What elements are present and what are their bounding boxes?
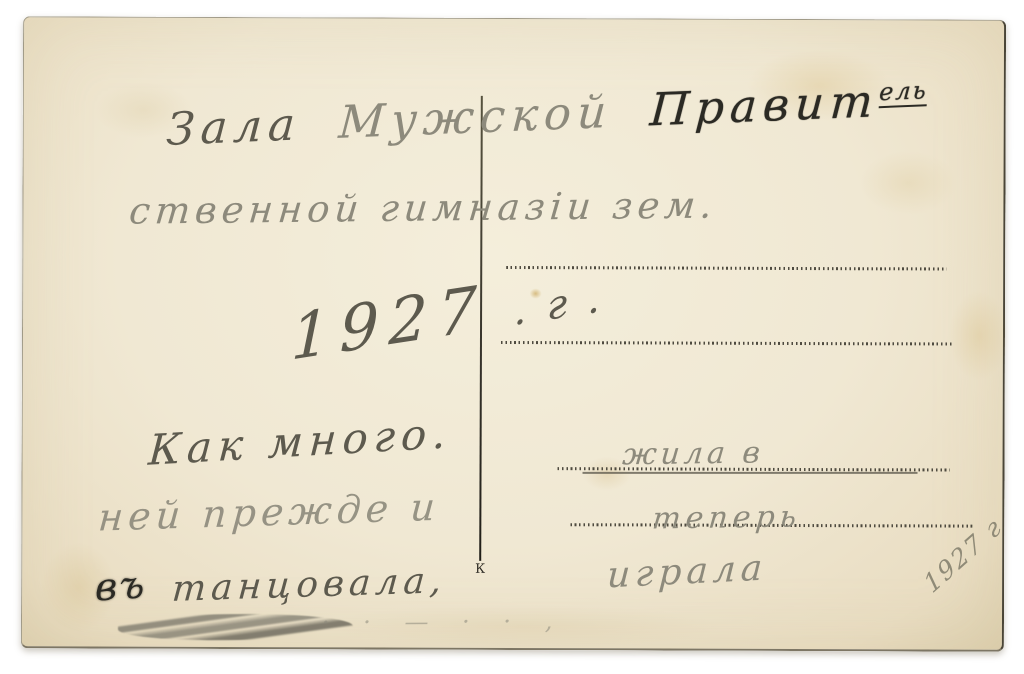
handwriting-line-5-right: теперь [651,499,803,536]
scan-background: К Зала Мужской Правитель ственной гимназ… [0,0,1024,674]
handwriting-line-6-prefix: въ [95,562,147,610]
handwriting-line-1: Зала Мужской Правитель [165,72,929,156]
handwriting-year-suffix: . г . [513,275,604,336]
crossed-out-word [118,612,353,641]
handwriting-line1-superscript: ель [878,76,928,108]
handwriting-line-4-left: Как много. [147,408,453,475]
handwriting-line1-word2: Мужской [337,85,614,149]
age-stain [843,140,973,225]
address-dotted-line-2 [501,341,953,345]
handwriting-line-2: ственной гимназіи зем. [127,183,719,232]
handwriting-line-6-mid: танцовала, [171,560,448,610]
handwriting-year: 1927 [290,270,487,374]
handwriting-line-6-right: играла [606,547,768,596]
handwriting-date-line: 1927. г . [290,252,605,375]
handwriting-line-5-left: ней прежде и [97,485,442,540]
handwriting-line1-word1: Зала [165,97,303,156]
faint-pencil-marks: · · — · · , [322,607,565,636]
age-stain [939,275,1019,395]
handwriting-line1-word3: Правитель [648,72,929,136]
handwriting-line-4-right: жила в [621,435,766,472]
postcard: К Зала Мужской Правитель ственной гимназ… [21,16,1006,651]
printer-mark-k: К [475,562,485,577]
